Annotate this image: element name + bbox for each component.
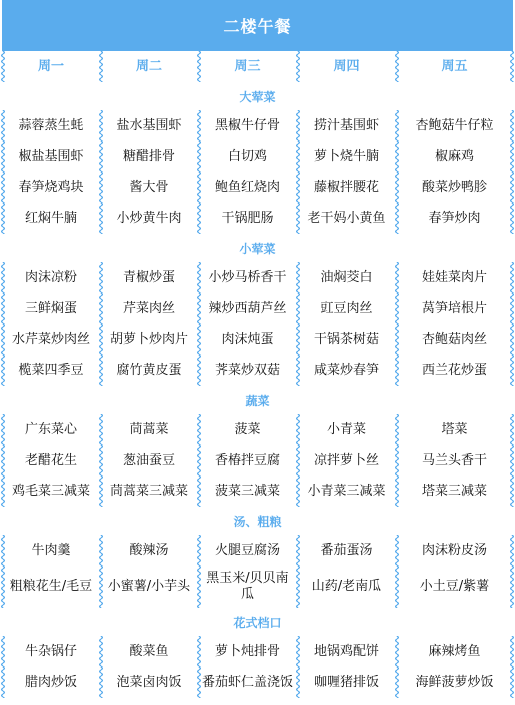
dish-cell: 麻辣烤鱼 [396,636,513,667]
dish-cell: 塔菜三减菜 [396,476,513,507]
dish-cell: 肉沫粉皮汤 [396,535,513,566]
dish-cell: 红焖牛腩 [2,203,100,234]
dish-cell: 牛肉羹 [2,535,100,566]
dish-cell: 山药/老南瓜 [297,566,396,608]
dish-cell: 黑玉米/贝贝南瓜 [198,566,297,608]
dish-cell: 小炒马桥香干 [198,262,297,293]
dish-cell: 藤椒拌腰花 [297,172,396,203]
dish-cell: 莴笋培根片 [396,293,513,324]
dish-cell: 小青菜三减菜 [297,476,396,507]
dish-cell: 水芹菜炒肉丝 [2,324,100,355]
dish-cell: 地锅鸡配饼 [297,636,396,667]
table-row: 肉沫凉粉 青椒炒蛋 小炒马桥香干 油焖茭白 娃娃菜肉片 [2,262,513,293]
dish-cell: 火腿豆腐汤 [198,535,297,566]
section-title-side-meat: 小荤菜 [2,234,513,262]
dish-cell: 芹菜肉丝 [100,293,198,324]
dish-cell: 辣炒西葫芦丝 [198,293,297,324]
dish-cell: 豇豆肉丝 [297,293,396,324]
day-wednesday: 周三 [198,51,297,82]
dish-cell: 海鲜菠萝炒饭 [396,667,513,698]
dish-cell: 老干妈小黄鱼 [297,203,396,234]
dish-cell: 马兰头香干 [396,445,513,476]
dish-cell: 腐竹黄皮蛋 [100,355,198,386]
dish-cell: 椒麻鸡 [396,141,513,172]
dish-cell: 干锅茶树菇 [297,324,396,355]
dish-cell: 咖喱猪排饭 [297,667,396,698]
table-row: 水芹菜炒肉丝 胡萝卜炒肉片 肉沫炖蛋 干锅茶树菇 杏鲍菇肉丝 [2,324,513,355]
table-row: 椒盐基围虾 糖醋排骨 白切鸡 萝卜烧牛腩 椒麻鸡 [2,141,513,172]
menu-title-bar: 二楼午餐 [2,0,513,51]
dish-cell: 肉沫炖蛋 [198,324,297,355]
table-row: 榄菜四季豆 腐竹黄皮蛋 荠菜炒双菇 咸菜炒春笋 西兰花炒蛋 [2,355,513,386]
day-thursday: 周四 [297,51,396,82]
dish-cell: 杏鲍菇肉丝 [396,324,513,355]
dish-cell: 酱大骨 [100,172,198,203]
dish-cell: 干锅肥肠 [198,203,297,234]
table-row: 红焖牛腩 小炒黄牛肉 干锅肥肠 老干妈小黄鱼 春笋炒肉 [2,203,513,234]
dish-cell: 盐水基围虾 [100,110,198,141]
table-row: 蒜蓉蒸生蚝 盐水基围虾 黑椒牛仔骨 捞汁基围虾 杏鲍菇牛仔粒 [2,110,513,141]
dish-cell: 胡萝卜炒肉片 [100,324,198,355]
dish-cell: 牛杂锅仔 [2,636,100,667]
dish-cell: 三鲜焖蛋 [2,293,100,324]
dish-cell: 茼蒿菜 [100,414,198,445]
dish-cell: 春笋炒肉 [396,203,513,234]
dish-cell: 小蜜薯/小芋头 [100,566,198,608]
dish-cell: 蒜蓉蒸生蚝 [2,110,100,141]
dish-cell: 葱油蚕豆 [100,445,198,476]
day-friday: 周五 [396,51,513,82]
dish-cell: 春笋烧鸡块 [2,172,100,203]
dish-cell: 糖醋排骨 [100,141,198,172]
section-title-main-meat: 大荤菜 [2,82,513,110]
dish-cell: 油焖茭白 [297,262,396,293]
dish-cell: 香椿拌豆腐 [198,445,297,476]
section-title-soup-grains: 汤、粗粮 [2,507,513,535]
table-row: 老醋花生 葱油蚕豆 香椿拌豆腐 凉拌萝卜丝 马兰头香干 [2,445,513,476]
day-tuesday: 周二 [100,51,198,82]
lunch-menu-page: 二楼午餐 周一 周二 周三 周四 周五 大荤菜 蒜蓉蒸生蚝 盐水基围虾 黑椒牛仔… [0,0,515,698]
weekday-header-row: 周一 周二 周三 周四 周五 [2,51,513,82]
dish-cell: 小土豆/紫薯 [396,566,513,608]
table-row: 腊肉炒饭 泡菜卤肉饭 番茄虾仁盖浇饭 咖喱猪排饭 海鲜菠萝炒饭 [2,667,513,698]
dish-cell: 酸菜炒鸭胗 [396,172,513,203]
table-row: 鸡毛菜三减菜 茼蒿菜三减菜 菠菜三减菜 小青菜三减菜 塔菜三减菜 [2,476,513,507]
dish-cell: 白切鸡 [198,141,297,172]
dish-cell: 泡菜卤肉饭 [100,667,198,698]
table-row: 粗粮花生/毛豆 小蜜薯/小芋头 黑玉米/贝贝南瓜 山药/老南瓜 小土豆/紫薯 [2,566,513,608]
table-row: 三鲜焖蛋 芹菜肉丝 辣炒西葫芦丝 豇豆肉丝 莴笋培根片 [2,293,513,324]
dish-cell: 萝卜炖排骨 [198,636,297,667]
menu-title: 二楼午餐 [223,14,291,37]
dish-cell: 番茄虾仁盖浇饭 [198,667,297,698]
table-row: 牛肉羹 酸辣汤 火腿豆腐汤 番茄蛋汤 肉沫粉皮汤 [2,535,513,566]
table-row: 广东菜心 茼蒿菜 菠菜 小青菜 塔菜 [2,414,513,445]
dish-cell: 咸菜炒春笋 [297,355,396,386]
dish-cell: 腊肉炒饭 [2,667,100,698]
day-monday: 周一 [2,51,100,82]
dish-cell: 菠菜 [198,414,297,445]
dish-cell: 荠菜炒双菇 [198,355,297,386]
dish-cell: 酸菜鱼 [100,636,198,667]
dish-cell: 杏鲍菇牛仔粒 [396,110,513,141]
dish-cell: 酸辣汤 [100,535,198,566]
dish-cell: 榄菜四季豆 [2,355,100,386]
dish-cell: 捞汁基围虾 [297,110,396,141]
table-row: 牛杂锅仔 酸菜鱼 萝卜炖排骨 地锅鸡配饼 麻辣烤鱼 [2,636,513,667]
dish-cell: 萝卜烧牛腩 [297,141,396,172]
dish-cell: 菠菜三减菜 [198,476,297,507]
dish-cell: 番茄蛋汤 [297,535,396,566]
dish-cell: 老醋花生 [2,445,100,476]
dish-cell: 茼蒿菜三减菜 [100,476,198,507]
dish-cell: 黑椒牛仔骨 [198,110,297,141]
section-title-vegetables: 蔬菜 [2,386,513,414]
dish-cell: 椒盐基围虾 [2,141,100,172]
section-title-specialty-stall: 花式档口 [2,608,513,636]
menu-grid: 周一 周二 周三 周四 周五 大荤菜 蒜蓉蒸生蚝 盐水基围虾 黑椒牛仔骨 捞汁基… [2,51,513,698]
dish-cell: 肉沫凉粉 [2,262,100,293]
table-row: 春笋烧鸡块 酱大骨 鲍鱼红烧肉 藤椒拌腰花 酸菜炒鸭胗 [2,172,513,203]
dish-cell: 西兰花炒蛋 [396,355,513,386]
dish-cell: 广东菜心 [2,414,100,445]
dish-cell: 塔菜 [396,414,513,445]
dish-cell: 凉拌萝卜丝 [297,445,396,476]
dish-cell: 小青菜 [297,414,396,445]
dish-cell: 小炒黄牛肉 [100,203,198,234]
dish-cell: 娃娃菜肉片 [396,262,513,293]
dish-cell: 粗粮花生/毛豆 [2,566,100,608]
dish-cell: 青椒炒蛋 [100,262,198,293]
dish-cell: 鲍鱼红烧肉 [198,172,297,203]
dish-cell: 鸡毛菜三减菜 [2,476,100,507]
